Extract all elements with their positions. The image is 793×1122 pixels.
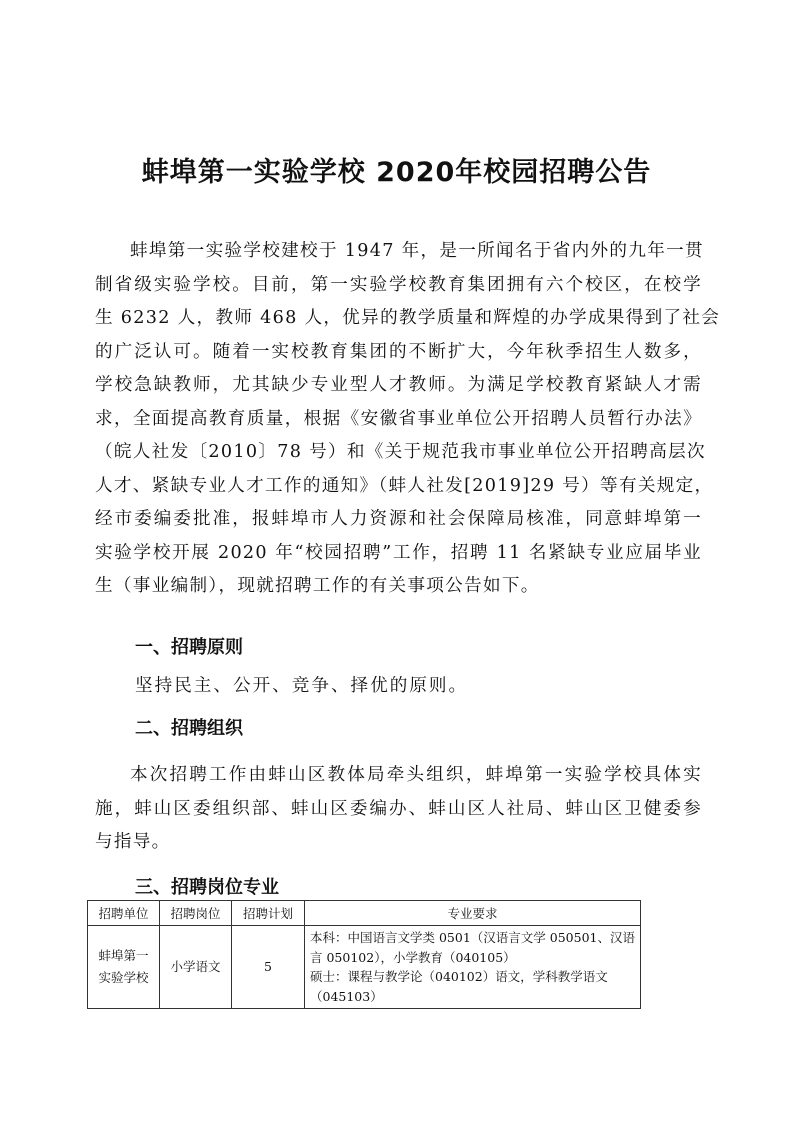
section-body-principles: 坚持民主、公开、竞争、择优的原则。: [135, 672, 468, 697]
intro-line: 实验学校开展 2020 年“校园招聘”工作，招聘 11 名紧缺专业应届毕业: [95, 537, 702, 571]
intro-line: 生（事业编制），现就招聘工作的有关事项公告如下。: [95, 570, 702, 604]
section-heading-organization: 二、招聘组织: [135, 714, 243, 740]
unit-line: 实验学校: [88, 967, 159, 989]
requirement-line: 硕士：课程与教学论（040102）语文，学科教学语文: [310, 967, 635, 987]
cell-plan: 5: [232, 926, 305, 1009]
section-body-organization: 本次招聘工作由蚌山区教体局牵头组织，蚌埠第一实验学校具体实 施，蚌山区委组织部、…: [95, 759, 702, 860]
organization-line: 施，蚌山区委组织部、蚌山区委编办、蚌山区人社局、蚌山区卫健委参: [95, 793, 702, 827]
positions-table: 招聘单位 招聘岗位 招聘计划 专业要求 蚌埠第一 实验学校 小学语文 5 本科：…: [87, 900, 641, 1009]
intro-line: 蚌埠第一实验学校建校于 1947 年，是一所闻名于省内外的九年一贯: [95, 235, 702, 269]
header-position: 招聘岗位: [160, 901, 232, 926]
section-heading-principles: 一、招聘原则: [135, 633, 243, 659]
cell-position: 小学语文: [160, 926, 232, 1009]
table-row: 蚌埠第一 实验学校 小学语文 5 本科：中国语言文学类 0501（汉语言文学 0…: [88, 926, 641, 1009]
header-unit: 招聘单位: [88, 901, 160, 926]
intro-line: 经市委编委批准，报蚌埠市人力资源和社会保障局核准，同意蚌埠第一: [95, 503, 702, 537]
document-title: 蚌埠第一实验学校 2020年校园招聘公告: [0, 150, 793, 189]
intro-line: 的广泛认可。随着一实校教育集团的不断扩大，今年秋季招生人数多，: [95, 336, 702, 370]
header-plan: 招聘计划: [232, 901, 305, 926]
table-header-row: 招聘单位 招聘岗位 招聘计划 专业要求: [88, 901, 641, 926]
unit-line: 蚌埠第一: [88, 945, 159, 967]
cell-requirements: 本科：中国语言文学类 0501（汉语言文学 050501、汉语 言 050102…: [305, 926, 641, 1009]
intro-line: 制省级实验学校。目前，第一实验学校教育集团拥有六个校区，在校学: [95, 269, 702, 303]
header-requirements: 专业要求: [305, 901, 641, 926]
intro-line: （皖人社发〔2010〕78 号）和《关于规范我市事业单位公开招聘高层次: [95, 436, 702, 470]
requirement-line: （045103）: [310, 987, 635, 1007]
intro-line: 生 6232 人，教师 468 人，优异的教学质量和辉煌的办学成果得到了社会: [95, 302, 702, 336]
intro-line: 求，全面提高教育质量，根据《安徽省事业单位公开招聘人员暂行办法》: [95, 403, 702, 437]
organization-line: 与指导。: [95, 826, 702, 860]
requirement-line: 言 050102），小学教育（040105）: [310, 948, 635, 968]
intro-line: 人才、紧缺专业人才工作的通知》（蚌人社发[2019]29 号）等有关规定，: [95, 470, 702, 504]
intro-paragraph: 蚌埠第一实验学校建校于 1947 年，是一所闻名于省内外的九年一贯 制省级实验学…: [95, 235, 702, 604]
intro-line: 学校急缺教师，尤其缺少专业型人才教师。为满足学校教育紧缺人才需: [95, 369, 702, 403]
cell-unit: 蚌埠第一 实验学校: [88, 926, 160, 1009]
section-heading-positions: 三、招聘岗位专业: [135, 873, 279, 899]
requirement-line: 本科：中国语言文学类 0501（汉语言文学 050501、汉语: [310, 928, 635, 948]
organization-line: 本次招聘工作由蚌山区教体局牵头组织，蚌埠第一实验学校具体实: [95, 759, 702, 793]
